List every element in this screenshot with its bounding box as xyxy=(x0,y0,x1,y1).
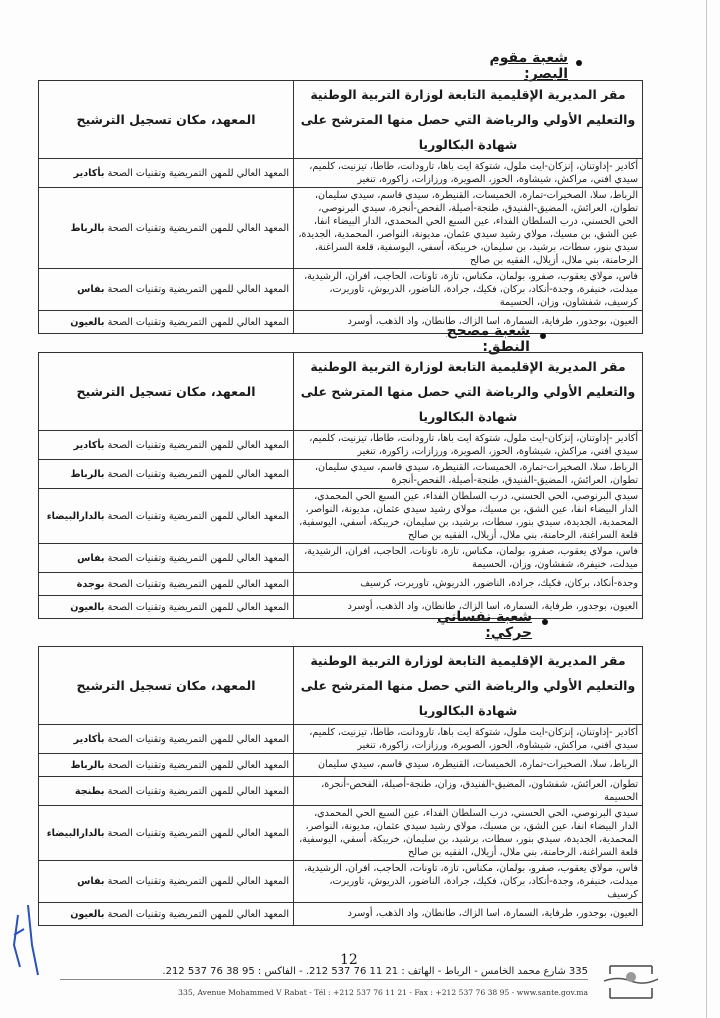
bullet-icon xyxy=(540,333,546,339)
table-header-row: مقر المديرية الإقليمية التابعة لوزارة ال… xyxy=(39,647,643,725)
page-edge xyxy=(706,0,707,1018)
table-row: فاس، مولاي يعقوب، صفرو، بولمان، مكناس، ت… xyxy=(39,861,643,903)
table-optometry: مقر المديرية الإقليمية التابعة لوزارة ال… xyxy=(38,80,643,334)
table-row: الرباط، سلا، الصخيرات-تمارة، الخميسات، ا… xyxy=(39,460,643,489)
section-title-psychomotor: شعبة نفساني حركي: xyxy=(400,609,532,641)
table-row: العيون، بوجدور، طرفاية، السمارة، اسا الز… xyxy=(39,596,643,619)
table-row: سيدي البرنوصي، الحي الحسني، درب السلطان … xyxy=(39,806,643,861)
bullet-icon xyxy=(542,619,548,625)
header-institute: المعهد، مكان تسجيل الترشيح xyxy=(39,81,294,159)
section-title-optometry: شعبة مقوم البصر: xyxy=(448,50,568,82)
table-row: فاس، مولاي يعقوب، صفرو، بولمان، مكناس، ت… xyxy=(39,269,643,311)
ministry-logo-icon xyxy=(604,964,658,1000)
table-header-row: مقر المديرية الإقليمية التابعة لوزارة ال… xyxy=(39,81,643,159)
footer-address-arabic: 335 شارع محمد الخامس - الرباط - الهاتف :… xyxy=(60,966,588,980)
table-speech-therapy: مقر المديرية الإقليمية التابعة لوزارة ال… xyxy=(38,352,643,619)
table-row: أكادير -إداوتنان، إنزكان-ايت ملول، شتوكة… xyxy=(39,159,643,188)
footer-address-english: 335, Avenue Mohammed V Rabat - Tél : +21… xyxy=(60,988,588,997)
table-row: الرباط، سلا، الصخيرات-تمارة، الخميسات، ا… xyxy=(39,754,643,777)
table-row: فاس، مولاي يعقوب، صفرو، بولمان، مكناس، ت… xyxy=(39,544,643,573)
table-psychomotor: مقر المديرية الإقليمية التابعة لوزارة ال… xyxy=(38,646,643,926)
table-row: سيدي البرنوصي، الحي الحسني، درب السلطان … xyxy=(39,489,643,544)
table-row: الرباط، سلا، الصخيرات-تمارة، الخميسات، ا… xyxy=(39,188,643,269)
table-header-row: مقر المديرية الإقليمية التابعة لوزارة ال… xyxy=(39,353,643,431)
table-row: العيون، بوجدور، طرفاية، السمارة، اسا الز… xyxy=(39,311,643,334)
table-row: وجدة-أنكاد، بركان، فكيك، جرادة، الناضور،… xyxy=(39,573,643,596)
table-row: أكادير -إداوتنان، إنزكان-ايت ملول، شتوكة… xyxy=(39,725,643,754)
header-region: مقر المديرية الإقليمية التابعة لوزارة ال… xyxy=(294,81,643,159)
table-row: العيون، بوجدور، طرفاية، السمارة، اسا الز… xyxy=(39,903,643,926)
section-title-speech-therapy: شعبة مصحح النطق: xyxy=(400,323,530,355)
handwritten-signature-icon xyxy=(10,905,50,980)
table-row: تطوان، العرائش، شفشاون، المضيق-الفنيدق، … xyxy=(39,777,643,806)
bullet-icon xyxy=(576,60,582,66)
table-row: أكادير -إداوتنان، إنزكان-ايت ملول، شتوكة… xyxy=(39,431,643,460)
